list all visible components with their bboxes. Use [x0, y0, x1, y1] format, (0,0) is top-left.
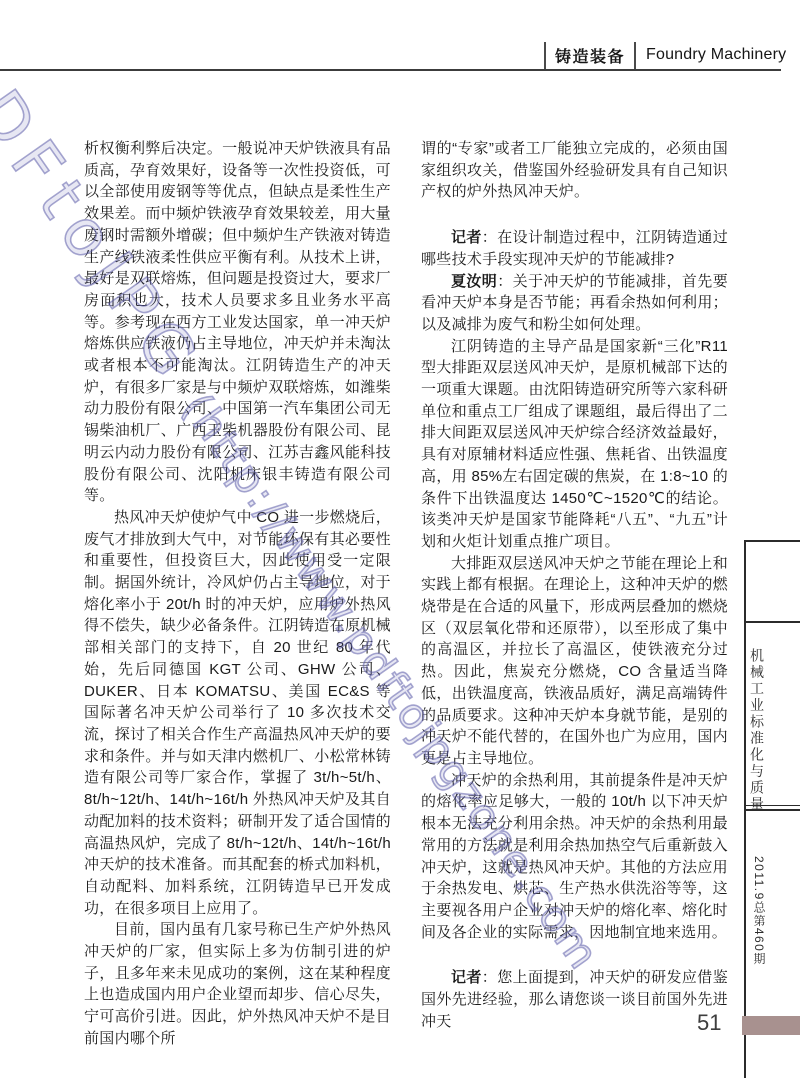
paragraph: 析权衡利弊后决定。一般说冲天炉铁液具有品质高，孕育效果好，设备等一次性投资低，可…: [84, 138, 391, 507]
paragraph-text: 江阴铸造的主导产品是国家新“三化”R11 型大排距双层送风冲天炉，是原机械部下达…: [421, 338, 728, 550]
paragraph-text: 谓的“专家”或者工厂能独立完成的，必须由国家组织攻关，借鉴国外经验研发具有自己知…: [421, 140, 728, 200]
paragraph: 大排距双层送风冲天炉之节能在理论上和实践上都有根据。在理论上，这种冲天炉的燃烧带…: [421, 553, 728, 770]
article-left-column: 析权衡利弊后决定。一般说冲天炉铁液具有品质高，孕育效果好，设备等一次性投资低，可…: [84, 138, 391, 1050]
speaker-label: 夏汝明: [451, 273, 497, 290]
paragraph: 目前，国内虽有几家号称已生产炉外热风冲天炉的厂家，但实际上多为仿制引进的炉子，且…: [84, 919, 391, 1049]
header-divider-rule: [0, 69, 781, 71]
interview-answer: 夏汝明：关于冲天炉的节能减排，首先要看冲天炉本身是否节能；再看余热如何利用；以及…: [421, 271, 728, 336]
paragraph: 谓的“专家”或者工厂能独立完成的，必须由国家组织攻关，借鉴国外经验研发具有自己知…: [421, 138, 728, 203]
interview-question: 记者：您上面提到，冲天炉的研发应借鉴国外先进经验，那么请您谈一谈目前国外先进冲天: [421, 967, 728, 1032]
issue-info-vertical: 2011.9总第460期: [751, 856, 768, 966]
sidebar-rule-mid: [746, 621, 800, 623]
section-title-en: Foundry Machinery: [646, 46, 786, 64]
interview-question: 记者：在设计制造过程中，江阴铸造通过哪些技术手段实现冲天炉的节能减排?: [421, 227, 728, 270]
paragraph-text: 冲天炉的余热利用，其前提条件是冲天炉的熔化率应足够大，一般的 10t/h 以下冲…: [421, 772, 728, 941]
paragraph: 冲天炉的余热利用，其前提条件是冲天炉的熔化率应足够大，一般的 10t/h 以下冲…: [421, 770, 728, 944]
speaker-label: 记者: [451, 969, 482, 986]
header-vertical-bar: [634, 42, 636, 69]
header-section-label: 铸造装备 Foundry Machinery: [544, 41, 786, 69]
article-right-column: 谓的“专家”或者工厂能独立完成的，必须由国家组织攻关，借鉴国外经验研发具有自己知…: [421, 138, 728, 1032]
paragraph: 江阴铸造的主导产品是国家新“三化”R11 型大排距双层送风冲天炉，是原机械部下达…: [421, 336, 728, 553]
journal-title-vertical: 机械工业标准化与质量: [747, 648, 767, 813]
section-title-cn: 铸造装备: [555, 44, 625, 67]
paragraph: 热风冲天炉使炉气中 CO 进一步燃烧后，废气才排放到大气中，对节能环保有其必要性…: [84, 507, 391, 919]
magazine-page: PDFtoJPG(http://www.pdftojpgzone.com 铸造装…: [0, 0, 800, 1078]
sidebar-rule-top: [746, 540, 800, 542]
paragraph-text: 热风冲天炉使炉气中 CO 进一步燃烧后，废气才排放到大气中，对节能环保有其必要性…: [84, 509, 391, 917]
paragraph-text: 大排距双层送风冲天炉之节能在理论上和实践上都有根据。在理论上，这种冲天炉的燃烧带…: [421, 555, 728, 767]
paragraph-text: 目前，国内虽有几家号称已生产炉外热风冲天炉的厂家，但实际上多为仿制引进的炉子，且…: [84, 921, 391, 1047]
paragraph-text: 析权衡利弊后决定。一般说冲天炉铁液具有品质高，孕育效果好，设备等一次性投资低，可…: [84, 140, 391, 504]
speaker-label: 记者: [451, 229, 482, 246]
page-number: 51: [697, 1010, 721, 1036]
page-accent-band: [742, 1016, 800, 1035]
header-vertical-bar: [544, 42, 546, 69]
